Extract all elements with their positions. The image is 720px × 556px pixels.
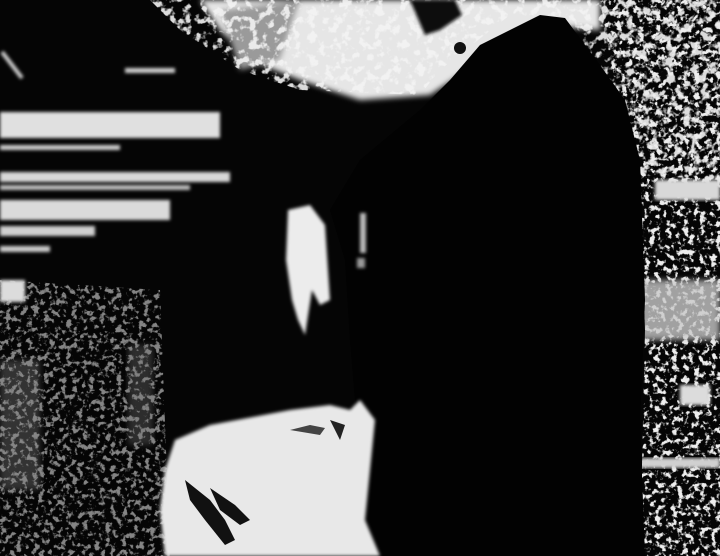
- photo-scene: High-contrast grainy black-and-white pho…: [0, 0, 720, 556]
- photo-canvas: [0, 0, 720, 556]
